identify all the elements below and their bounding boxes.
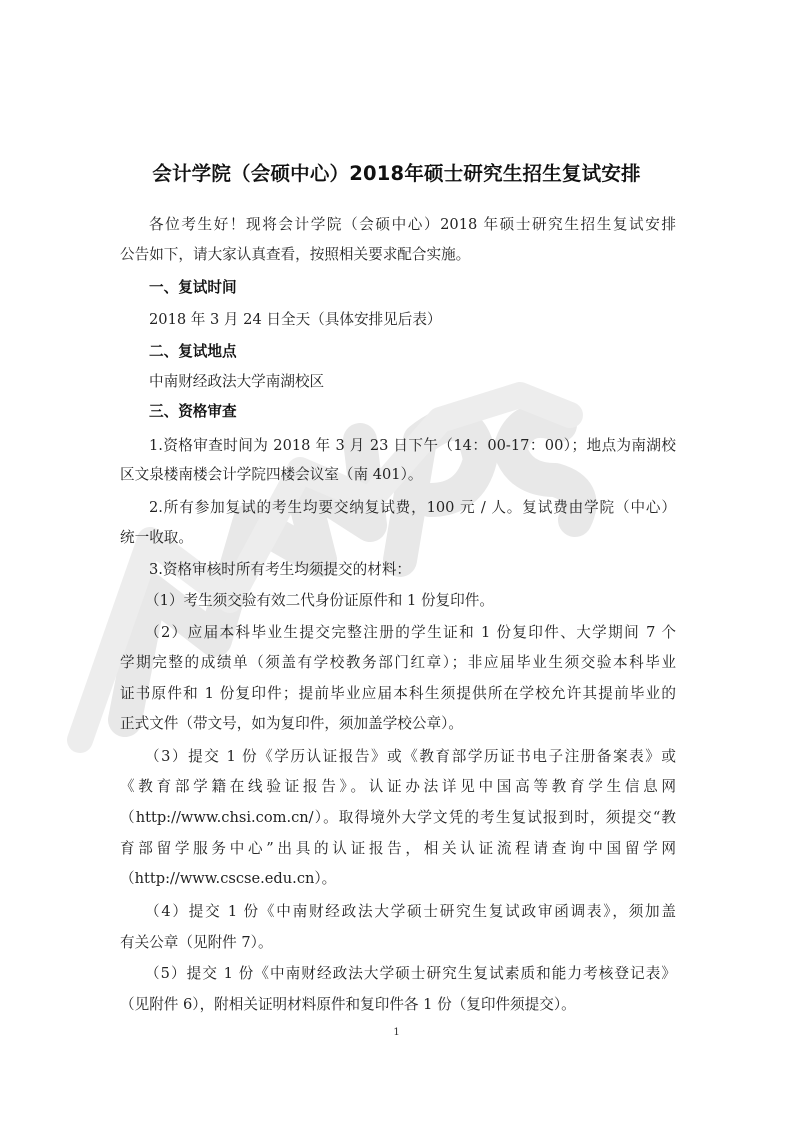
material-2-line-2: 学期完整的成绩单（须盖有学校教务部门红章）；非应届毕业生须交验本科毕业 xyxy=(120,653,676,673)
page-number: 1 xyxy=(0,1027,793,1038)
material-3-line-1: （3）提交 1 份《学历认证报告》或《教育部学历证书电子注册备案表》或 xyxy=(145,747,676,767)
material-3-line-5: （http://www.cscse.edu.cn）。 xyxy=(120,869,676,889)
review-item-2-line-1: 2.所有参加复试的考生均要交纳复试费，100 元 / 人。复试费由学院（中心） xyxy=(149,498,676,518)
section-heading-exam-time: 一、复试时间 xyxy=(149,278,676,298)
section-heading-exam-location: 二、复试地点 xyxy=(149,342,676,362)
material-2-line-1: （2）应届本科毕业生提交完整注册的学生证和 1 份复印件、大学期间 7 个 xyxy=(145,623,676,643)
material-3-line-2: 《教育部学籍在线验证报告》。认证办法详见中国高等教育学生信息网 xyxy=(120,777,676,797)
material-4-line-2: 有关公章（见附件 7）。 xyxy=(120,933,676,953)
intro-line-1: 各位考生好！现将会计学院（会硕中心）2018 年硕士研究生招生复试安排 xyxy=(149,215,676,235)
exam-time-text: 2018 年 3 月 24 日全天（具体安排见后表） xyxy=(149,310,676,330)
section-heading-qualification-review: 三、资格审查 xyxy=(149,402,676,422)
intro-line-2: 公告如下，请大家认真查看，按照相关要求配合实施。 xyxy=(120,245,676,265)
document-title: 会计学院（会硕中心）2018年硕士研究生招生复试安排 xyxy=(0,158,793,186)
material-1-line-1: （1）考生须交验有效二代身份证原件和 1 份复印件。 xyxy=(145,591,676,611)
material-5-line-2: （见附件 6），附相关证明材料原件和复印件各 1 份（复印件须提交）。 xyxy=(120,995,676,1015)
exam-location-text: 中南财经政法大学南湖校区 xyxy=(149,372,676,392)
material-4-line-1: （4）提交 1 份《中南财经政法大学硕士研究生复试政审函调表》，须加盖 xyxy=(145,902,676,922)
review-item-1-line-2: 区文泉楼南楼会计学院四楼会议室（南 401）。 xyxy=(120,465,676,485)
document-page: 会计学院（会硕中心）2018年硕士研究生招生复试安排 各位考生好！现将会计学院（… xyxy=(0,0,793,1122)
material-5-line-1: （5）提交 1 份《中南财经政法大学硕士研究生复试素质和能力考核登记表》 xyxy=(145,964,676,984)
material-3-line-3: （http://www.chsi.com.cn/）。取得境外大学文凭的考生复试报… xyxy=(120,808,676,828)
material-2-line-3: 证书原件和 1 份复印件；提前毕业应届本科生须提供所在学校允许其提前毕业的 xyxy=(120,684,676,704)
review-item-1-line-1: 1.资格审查时间为 2018 年 3 月 23 日下午（14：00-17：00）… xyxy=(149,436,676,456)
material-3-line-4: 育部留学服务中心”出具的认证报告，相关认证流程请查询中国留学网 xyxy=(120,839,676,859)
material-2-line-4: 正式文件（带文号，如为复印件，须加盖学校公章）。 xyxy=(120,714,676,734)
review-item-2-line-2: 统一收取。 xyxy=(120,528,676,548)
review-item-3-line-1: 3.资格审核时所有考生均须提交的材料： xyxy=(149,560,676,580)
